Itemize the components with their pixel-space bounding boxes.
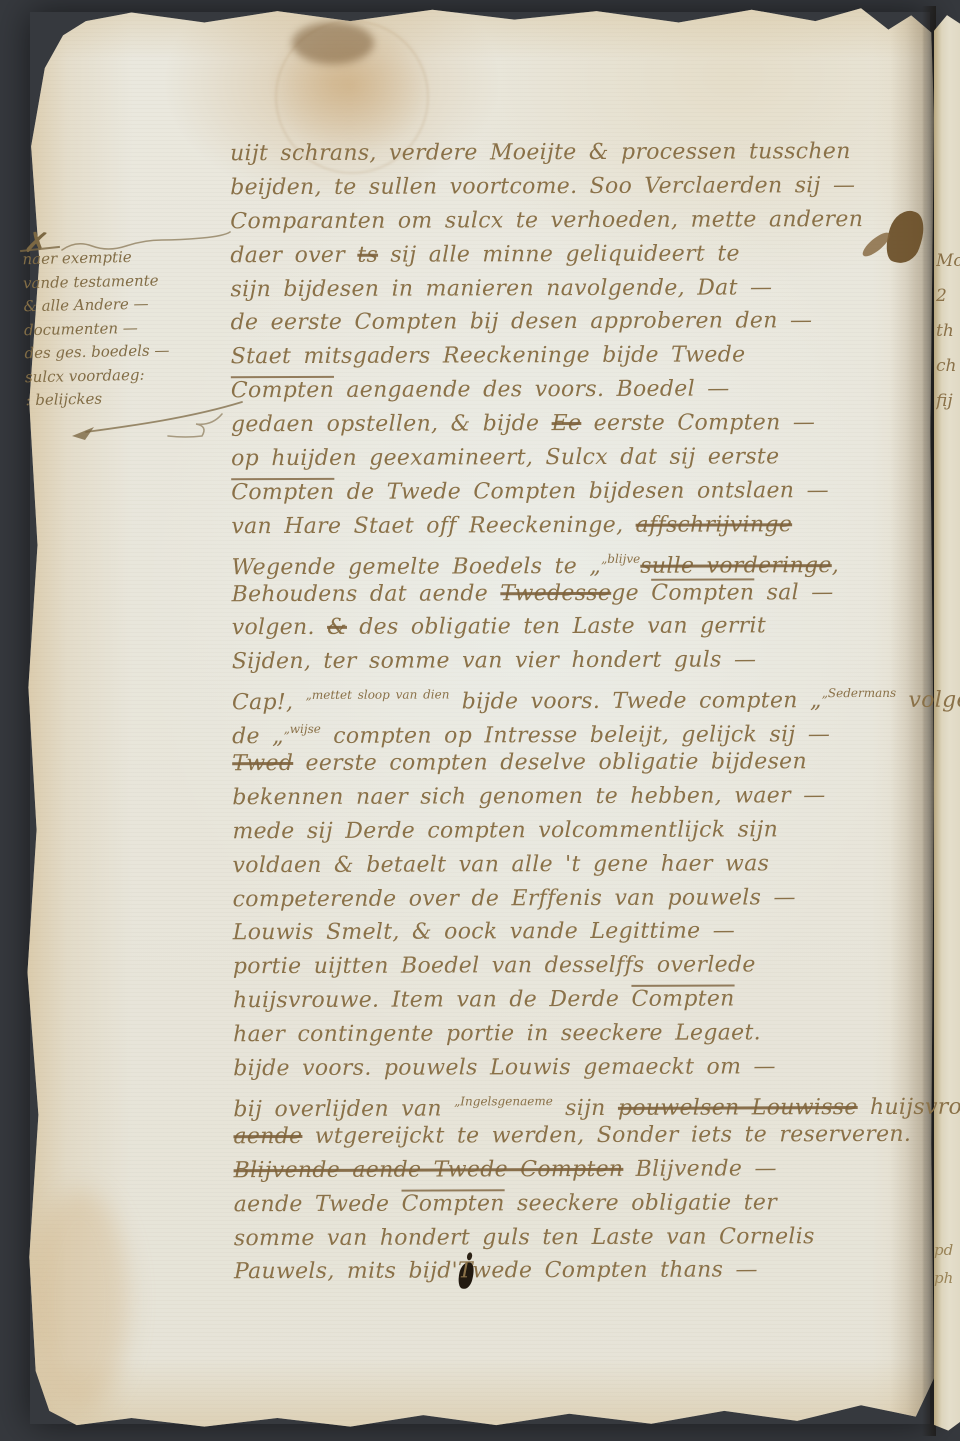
text-run: Louwis Smelt, & oock vande Legittime —	[233, 919, 735, 946]
text-run: seeckere obligatie ter	[505, 1190, 777, 1216]
manuscript-line: volgen. & des obligatie ten Laste van ge…	[232, 609, 932, 645]
text-run: aengaende des voors. Boedel —	[334, 377, 730, 403]
text-sup: „wijse	[284, 722, 321, 736]
text-run: huijsvrou —	[858, 1094, 960, 1120]
text-run: eerste compten deselve obligatie bijdese…	[293, 749, 807, 776]
text-struck: Ee	[552, 411, 582, 436]
text-struck: pouwelsen Louwisse	[618, 1095, 858, 1121]
text-run: uijt schrans, verdere Moeijte & processe…	[230, 139, 851, 166]
text-run: sij alle minne geliquideert te	[378, 241, 740, 267]
text-struck: sulle vorderinge	[640, 553, 832, 579]
text-sup: „Ingelsgenaeme	[454, 1094, 553, 1108]
manuscript-line: haer contingente portie in seeckere Lega…	[233, 1016, 933, 1052]
margin-note: naer exemptievande testamente& alle Ande…	[22, 244, 237, 413]
text-run: Comparanten om sulcx te verhoeden, mette…	[230, 207, 863, 234]
page-fragment-line: fij	[936, 384, 960, 419]
text-run: Wegende gemelte Boedels te „	[231, 554, 601, 580]
manuscript-line: uijt schrans, verdere Moeijte & processe…	[230, 135, 930, 171]
manuscript-line: mede sij Derde compten volcommentlijck s…	[232, 813, 932, 849]
text-struck: aende	[233, 1124, 302, 1149]
text-bar: Compten	[402, 1191, 505, 1216]
corner-stain	[30, 1190, 130, 1410]
text-run: beijden, te sullen voortcome. Soo Vercla…	[230, 173, 855, 200]
text-run: huijsvrouwe. Item van de Derde	[233, 987, 632, 1013]
text-run: sijn bijdesen in manieren navolgende, Da…	[230, 275, 772, 302]
text-run: ,	[832, 553, 839, 578]
text-sup: „mettet sloop van dien	[306, 688, 450, 703]
text-struck: affschrijvinge	[636, 512, 793, 538]
text-run: sal —	[754, 580, 833, 605]
text-run: ge	[611, 580, 651, 605]
adjacent-page-edge	[934, 8, 960, 1432]
text-struck: Twedesse	[500, 580, 611, 605]
text-bar: Compten	[631, 987, 734, 1012]
text-struck: Blijvende aende Twede Compten	[234, 1157, 624, 1183]
manuscript-line: de eerste Compten bij desen approberen d…	[231, 304, 931, 340]
manuscript-line: Cap!, „mettet sloop van dien bijde voors…	[232, 677, 932, 713]
manuscript-line: bij overlijden van „Ingelsgenaeme sijn p…	[233, 1084, 933, 1120]
text-run: op huijden geexamineert, Sulcx dat sij e…	[231, 444, 779, 471]
text-run: wtgereijckt te werden, Sonder iets te re…	[302, 1122, 911, 1149]
manuscript-line: Sijden, ter somme van vier hondert guls …	[232, 643, 932, 679]
manuscript-line: Wegende gemelte Boedels te „„blijvesulle…	[231, 541, 931, 577]
manuscript-line: Twed eerste compten deselve obligatie bi…	[232, 745, 932, 781]
manuscript-line: aende wtgereijckt te werden, Sonder iets…	[233, 1118, 933, 1154]
manuscript-line: somme van hondert guls ten Laste van Cor…	[234, 1219, 934, 1255]
manuscript-line: sijn bijdesen in manieren navolgende, Da…	[230, 270, 930, 306]
manuscript-line: Blijvende aende Twede Compten Blijvende …	[234, 1151, 934, 1187]
text-run: des obligatie ten Laste van gerrit	[347, 614, 766, 640]
text-run: volgen.	[232, 615, 327, 640]
manuscript-line: beijden, te sullen voortcome. Soo Vercla…	[230, 169, 930, 205]
manuscript-line: gedaen opstellen, & bijde Ee eerste Comp…	[231, 406, 931, 442]
manuscript-line: aende Twede Compten seeckere obligatie t…	[234, 1185, 934, 1221]
text-bar: Compten	[231, 480, 334, 505]
text-run: voldaen & betaelt van alle 't gene haer …	[232, 851, 769, 878]
text-run: de eerste Compten bij desen approberen d…	[231, 309, 813, 336]
text-run: Pauwels, mits bijd'Twede Compten thans —	[234, 1258, 758, 1285]
manuscript-scan: ✗ naer exemptievande testamente& alle An…	[0, 0, 960, 1441]
text-run: bij overlijden van	[233, 1096, 454, 1122]
text-run: somme van hondert guls ten Laste van Cor…	[234, 1224, 815, 1251]
text-run: Sijden, ter somme van vier hondert guls …	[232, 648, 757, 675]
text-run: Staet mitsgaders Reeckeninge bijde Twede	[231, 343, 746, 370]
manuscript-line: bijde voors. pouwels Louwis gemaeckt om …	[233, 1050, 933, 1086]
seal-stain-blob	[292, 22, 374, 64]
text-struck: Twed	[232, 751, 293, 776]
manuscript-line: Pauwels, mits bijd'Twede Compten thans —	[234, 1253, 934, 1289]
text-run: daer over	[230, 242, 357, 267]
manuscript-line: Compten de Twede Compten bijdesen ontsla…	[231, 474, 931, 510]
text-run: Cap!,	[232, 690, 306, 715]
text-run: de Twede Compten bijdesen ontslaen —	[334, 478, 829, 505]
manuscript-line: Louwis Smelt, & oock vande Legittime —	[233, 914, 933, 950]
text-run: gedaen opstellen, & bijde	[231, 411, 552, 437]
manuscript-line: op huijden geexamineert, Sulcx dat sij e…	[231, 440, 931, 476]
manuscript-line: van Hare Staet off Reeckeninge, affschri…	[231, 508, 931, 544]
page-fragment-line: pd	[934, 1236, 960, 1264]
manuscript-line: competerende over de Erffenis van pouwel…	[233, 880, 933, 916]
text-sup: „Sedermans	[822, 686, 897, 700]
text-bar: Compten	[651, 580, 754, 605]
page-fragment-line: Mo	[936, 244, 960, 279]
text-bar: Compten	[231, 378, 334, 403]
text-struck: &	[327, 615, 347, 640]
text-run: mede sij Derde compten volcommentlijck s…	[232, 817, 778, 844]
manuscript-line: huijsvrouwe. Item van de Derde Compten	[233, 982, 933, 1018]
page-fragment-line: ch	[936, 349, 960, 384]
text-run: de „	[232, 724, 284, 749]
text-run: eerste Compten —	[581, 410, 815, 436]
text-run: van Hare Staet off Reeckeninge,	[231, 513, 635, 539]
text-run: sijn	[553, 1096, 618, 1121]
adjacent-page-text-fragments-lower: pdph	[934, 1236, 960, 1300]
text-run: competerende over de Erffenis van pouwel…	[233, 885, 796, 912]
adjacent-page-text-fragments: Mo2thchfij	[936, 244, 960, 444]
margin-note-line: : belijckes	[25, 385, 237, 413]
text-run: volgens —	[896, 688, 960, 713]
manuscript-line: bekennen naer sich genomen te hebben, wa…	[232, 779, 932, 815]
text-run: haer contingente portie in seeckere Lega…	[233, 1021, 761, 1048]
page-fragment-line: th	[936, 314, 960, 349]
page-fragment-line: ph	[934, 1264, 960, 1292]
text-struck: ts	[357, 242, 378, 267]
manuscript-line: daer over ts sij alle minne geliquideert…	[230, 236, 930, 272]
text-run: aende Twede	[234, 1191, 402, 1217]
manuscript-text-block: uijt schrans, verdere Moeijte & processe…	[230, 135, 934, 1290]
text-run: Blijvende —	[623, 1156, 776, 1182]
text-run: Behoudens dat aende	[232, 581, 501, 607]
manuscript-line: Staet mitsgaders Reeckeninge bijde Twede	[231, 338, 931, 374]
manuscript-line: Behoudens dat aende Twedessege Compten s…	[232, 575, 932, 611]
manuscript-line: voldaen & betaelt van alle 't gene haer …	[232, 846, 932, 882]
manuscript-line: portie uijtten Boedel van desselffs over…	[233, 948, 933, 984]
manuscript-line: de „„wijse compten op Intresse beleijt, …	[232, 711, 932, 747]
text-sup: „blijve	[601, 551, 640, 565]
text-run: bijde voors. pouwels Louwis gemaeckt om …	[233, 1054, 776, 1081]
text-run: bekennen naer sich genomen te hebben, wa…	[232, 783, 825, 810]
text-run: portie uijtten Boedel van desselffs over…	[233, 953, 756, 980]
page-fragment-line: 2	[936, 279, 960, 314]
manuscript-line: Comparanten om sulcx te verhoeden, mette…	[230, 203, 930, 239]
manuscript-line: Compten aengaende des voors. Boedel —	[231, 372, 931, 408]
